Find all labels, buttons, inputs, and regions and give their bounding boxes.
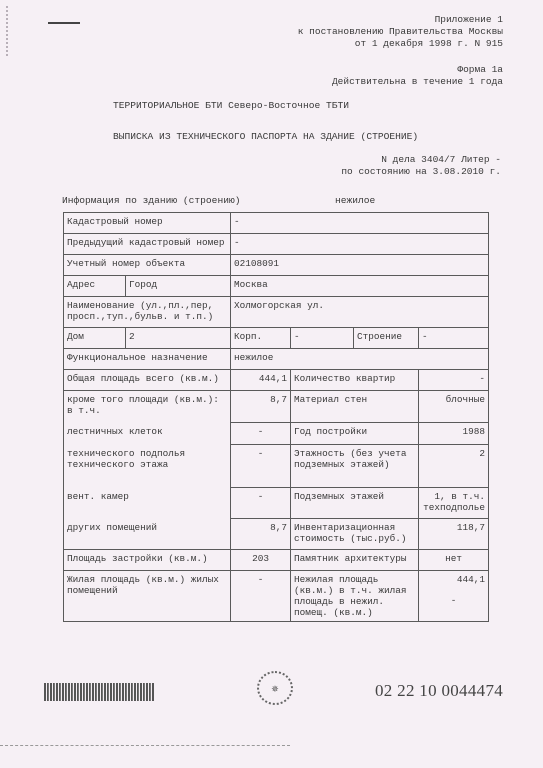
org-line: ТЕРРИТОРИАЛЬНОЕ БТИ Северо-Восточное ТБТ… (113, 100, 349, 111)
barcode (44, 683, 154, 701)
building-type: нежилое (335, 195, 375, 206)
city-label: Город (126, 276, 231, 297)
prev-cadastral-label: Предыдущий кадастровый номер (64, 234, 231, 255)
form-line-2: Действительна в течение 1 года (332, 76, 503, 88)
underground-label: Подземных этажей (291, 488, 419, 519)
nonliving-value: 444,1 (422, 574, 485, 585)
year-value: 1988 (419, 423, 489, 445)
built-area-label: Площадь застройки (кв.м.) (64, 550, 231, 571)
apartments-value: - (419, 370, 489, 391)
case-date: по состоянию на 3.08.2010 г. (341, 166, 501, 178)
form-block: Форма 1а Действительна в течение 1 года (332, 64, 503, 88)
table-row: Учетный номер объекта 02108091 (64, 255, 489, 276)
other-value: 8,7 (231, 519, 291, 550)
inventory-label: Инвентаризационная стоимость (тыс.руб.) (291, 519, 419, 550)
tech-value: - (231, 445, 291, 488)
table-row: Общая площадь всего (кв.м.) 444,1 Количе… (64, 370, 489, 391)
street-label: Наименование (ул.,пл.,пер, просп.,туп.,б… (64, 297, 231, 328)
table-row: других помещений 8,7 Инвентаризационная … (64, 519, 489, 550)
account-label: Учетный номер объекта (64, 255, 231, 276)
monument-label: Памятник архитектуры (291, 550, 419, 571)
emblem-seal-icon: ✵ (257, 671, 293, 705)
info-label: Информация по зданию (строению) (62, 195, 240, 206)
stairs-value: - (231, 423, 291, 445)
table-row: Предыдущий кадастровый номер - (64, 234, 489, 255)
appendix-line-1: Приложение 1 (298, 14, 503, 26)
table-row: Кадастровый номер - (64, 213, 489, 234)
total-area-value: 444,1 (231, 370, 291, 391)
living-value: - (231, 571, 291, 622)
extra-area-value: 8,7 (231, 391, 291, 423)
nonliving-value-cell: 444,1 - (419, 571, 489, 622)
corp-value: - (291, 328, 354, 349)
table-row: Наименование (ул.,пл.,пер, просп.,туп.,б… (64, 297, 489, 328)
wall-label: Материал стен (291, 391, 419, 423)
address-label: Адрес (64, 276, 126, 297)
nonliving-living-value: - (422, 595, 485, 606)
case-block: N дела 3404/7 Литер - по состоянию на 3.… (341, 154, 501, 178)
living-label: Жилая площадь (кв.м.) жилых помещений (64, 571, 231, 622)
tech-label: технического подполья технического этажа (64, 445, 231, 488)
table-row: лестничных клеток - Год постройки 1988 (64, 423, 489, 445)
vent-label: вент. камер (64, 488, 231, 519)
apartments-label: Количество квартир (291, 370, 419, 391)
appendix-line-3: от 1 декабря 1998 г. N 915 (298, 38, 503, 50)
street-value: Холмогорская ул. (231, 297, 489, 328)
floors-value: 2 (419, 445, 489, 488)
vent-value: - (231, 488, 291, 519)
pen-mark (48, 22, 80, 24)
table-row: вент. камер - Подземных этажей 1, в т.ч.… (64, 488, 489, 519)
year-label: Год постройки (291, 423, 419, 445)
nonliving-label: Нежилая площадь (кв.м.) в т.ч. жилая пло… (291, 571, 419, 622)
prev-cadastral-value: - (231, 234, 489, 255)
building-info-table: Кадастровый номер - Предыдущий кадастров… (63, 212, 489, 622)
other-label: других помещений (64, 519, 231, 550)
purpose-value: нежилое (231, 349, 489, 370)
table-row: Функциональное назначение нежилое (64, 349, 489, 370)
building-label: Строение (354, 328, 419, 349)
table-row: технического подполья технического этажа… (64, 445, 489, 488)
binding-holes (6, 6, 11, 56)
wall-value: блочные (419, 391, 489, 423)
city-value: Москва (231, 276, 489, 297)
purpose-label: Функциональное назначение (64, 349, 231, 370)
underground-value: 1, в т.ч. техподполье (419, 488, 489, 519)
corp-label: Корп. (231, 328, 291, 349)
case-number: N дела 3404/7 Литер - (341, 154, 501, 166)
cadastral-value: - (231, 213, 489, 234)
house-value: 2 (126, 328, 231, 349)
built-area-value: 203 (231, 550, 291, 571)
house-label: Дом (64, 328, 126, 349)
appendix-line-2: к постановлению Правительства Москвы (298, 26, 503, 38)
table-row: Адрес Город Москва (64, 276, 489, 297)
table-row: Дом 2 Корп. - Строение - (64, 328, 489, 349)
monument-value: нет (419, 550, 489, 571)
stairs-label: лестничных клеток (64, 423, 231, 445)
form-line-1: Форма 1а (332, 64, 503, 76)
total-area-label: Общая площадь всего (кв.м.) (64, 370, 231, 391)
building-value: - (419, 328, 489, 349)
account-value: 02108091 (231, 255, 489, 276)
table-row: Площадь застройки (кв.м.) 203 Памятник а… (64, 550, 489, 571)
cadastral-label: Кадастровый номер (64, 213, 231, 234)
footer-divider (0, 745, 290, 746)
extra-area-label: кроме того площади (кв.м.): в т.ч. (64, 391, 231, 423)
serial-number: 02 22 10 0044474 (375, 681, 503, 701)
table-row: Жилая площадь (кв.м.) жилых помещений - … (64, 571, 489, 622)
document-title: ВЫПИСКА ИЗ ТЕХНИЧЕСКОГО ПАСПОРТА НА ЗДАН… (113, 131, 418, 142)
floors-label: Этажность (без учета подземных этажей) (291, 445, 419, 488)
inventory-value: 118,7 (419, 519, 489, 550)
appendix-block: Приложение 1 к постановлению Правительст… (298, 14, 503, 50)
table-row: кроме того площади (кв.м.): в т.ч. 8,7 М… (64, 391, 489, 423)
